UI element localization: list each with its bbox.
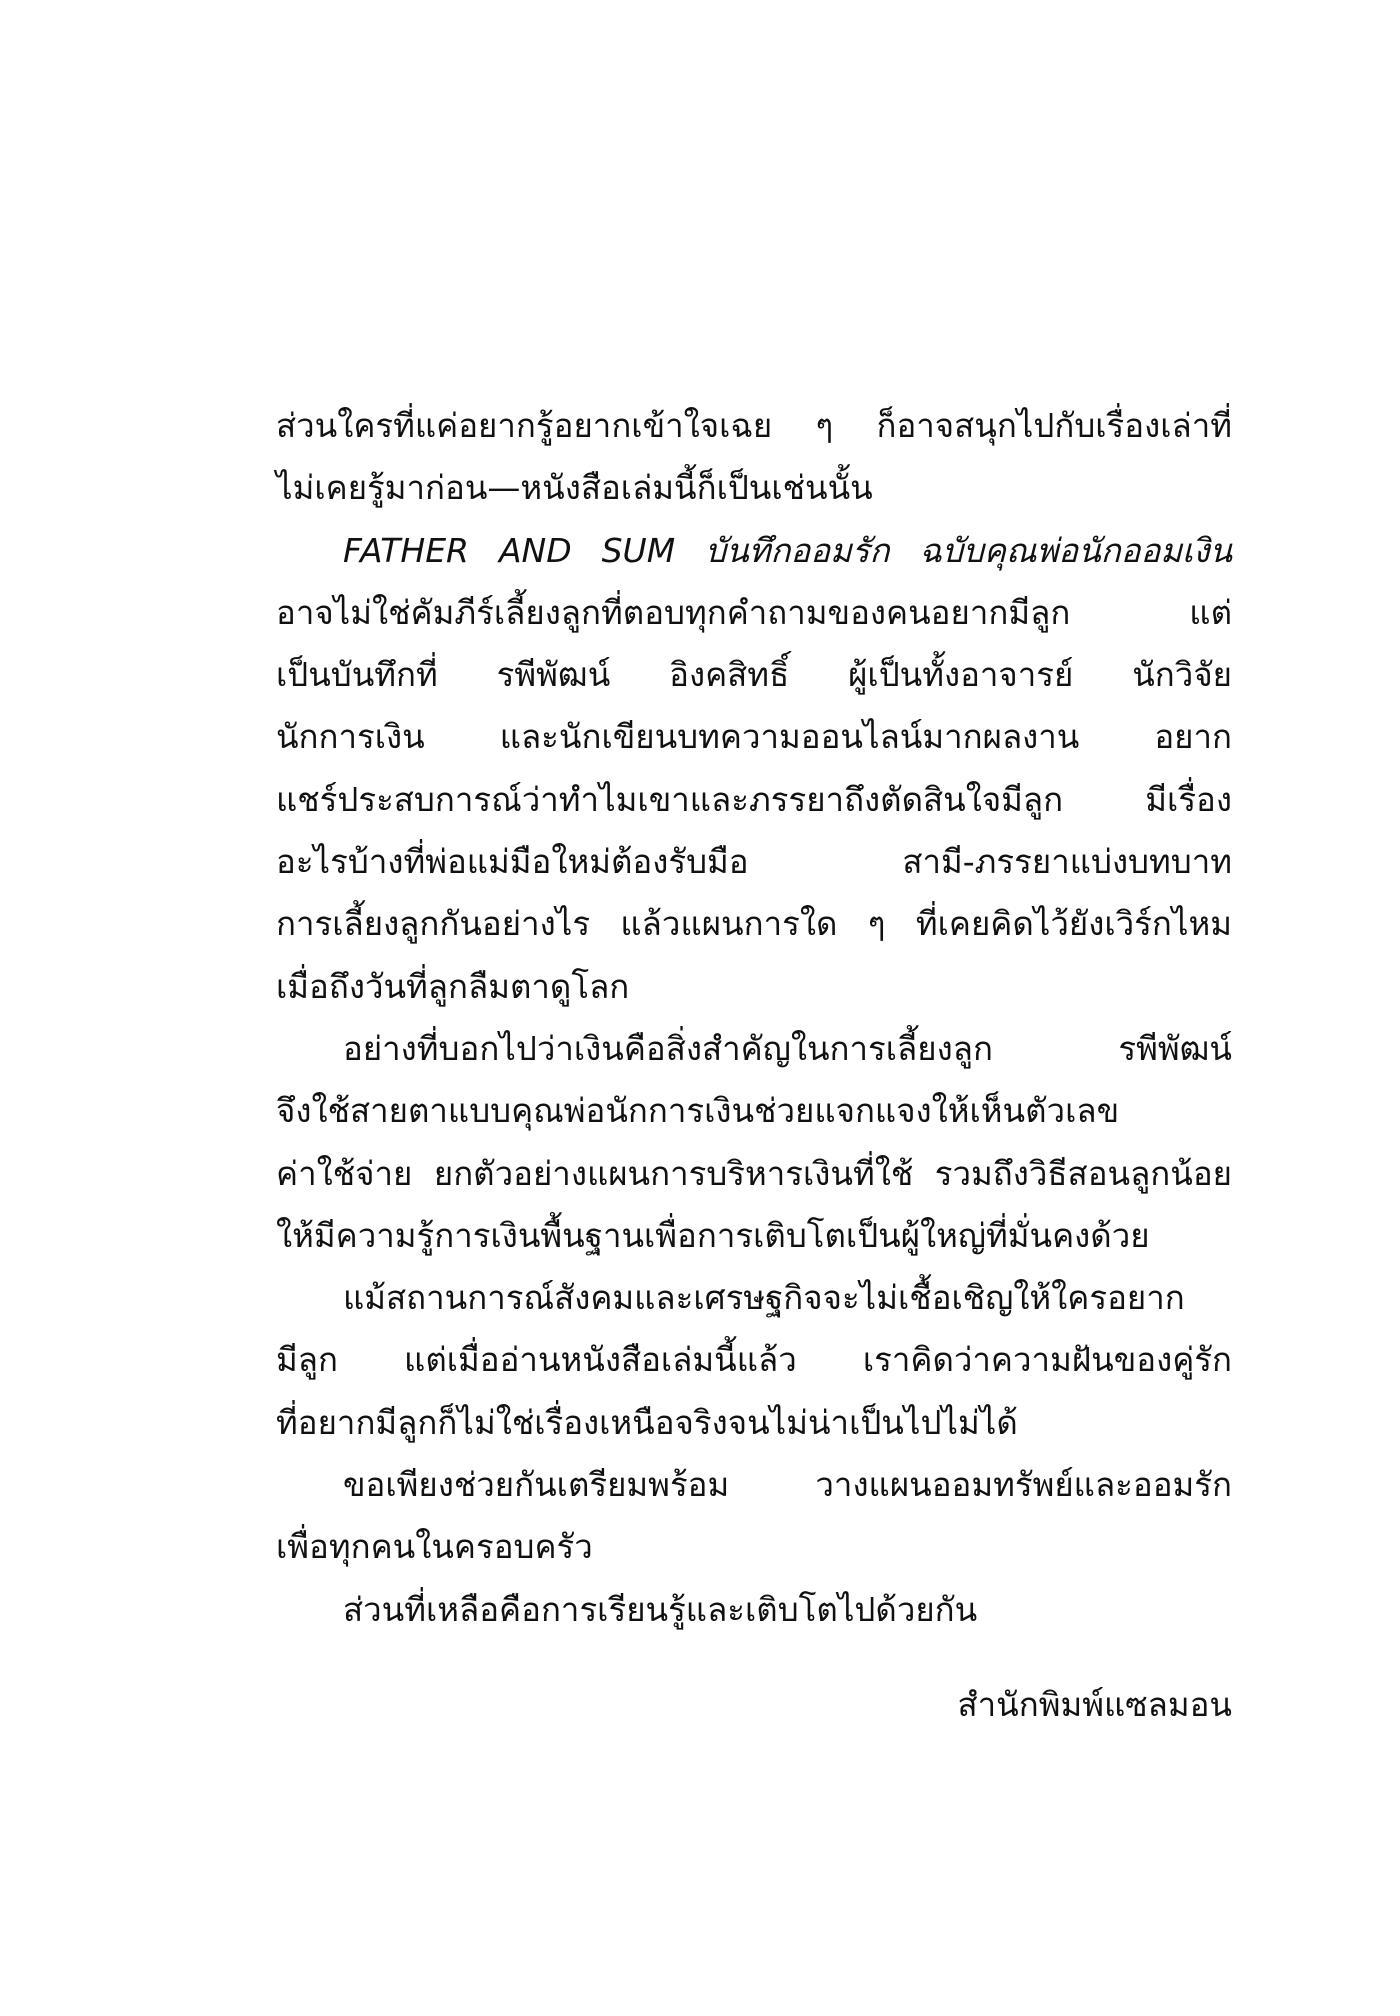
text-line: มีลูก แต่เมื่ออ่านหนังสือเล่มนี้แล้ว เรา… <box>276 1329 1232 1391</box>
text-line: อย่างที่บอกไปว่าเงินคือสิ่งสำคัญในการเลี… <box>276 1018 1232 1080</box>
text-line: จึงใช้สายตาแบบคุณพ่อนักการเงินช่วยแจกแจง… <box>276 1080 1232 1142</box>
text-line: ขอเพียงช่วยกันเตรียมพร้อม วางแผนออมทรัพย… <box>276 1454 1232 1516</box>
text-line: แชร์ประสบการณ์ว่าทำไมเขาและภรรยาถึงตัดสิ… <box>276 769 1232 831</box>
text-line: เมื่อถึงวันที่ลูกลืมตาดูโลก <box>276 956 1232 1018</box>
text-line: ให้มีความรู้การเงินพื้นฐานเพื่อการเติบโต… <box>276 1205 1232 1267</box>
text-line: เพื่อทุกคนในครอบครัว <box>276 1516 1232 1578</box>
text-line: แม้สถานการณ์สังคมและเศรษฐกิจจะไม่เชื้อเช… <box>276 1267 1232 1329</box>
text-line: อาจไม่ใช่คัมภีร์เลี้ยงลูกที่ตอบทุกคำถามข… <box>276 582 1232 644</box>
text-line: การเลี้ยงลูกกันอย่างไร แล้วแผนการใด ๆ ที… <box>276 893 1232 955</box>
book-title-line: FATHER AND SUM บันทึกออมรัก ฉบับคุณพ่อนั… <box>276 520 1232 582</box>
text-line: ค่าใช้จ่าย ยกตัวอย่างแผนการบริหารเงินที่… <box>276 1143 1232 1205</box>
text-line: ส่วนใครที่แค่อยากรู้อยากเข้าใจเฉย ๆ ก็อา… <box>276 395 1232 457</box>
body-text: ส่วนใครที่แค่อยากรู้อยากเข้าใจเฉย ๆ ก็อา… <box>276 395 1232 1641</box>
text-line: อะไรบ้างที่พ่อแม่มือใหม่ต้องรับมือ สามี-… <box>276 831 1232 893</box>
text-line: เป็นบันทึกที่ รพีพัฒน์ อิงคสิทธิ์ ผู้เป็… <box>276 644 1232 706</box>
publisher-signature: สำนักพิมพ์แซลมอน <box>958 1680 1233 1730</box>
book-page: ส่วนใครที่แค่อยากรู้อยากเข้าใจเฉย ๆ ก็อา… <box>0 0 1400 2016</box>
text-line: ส่วนที่เหลือคือการเรียนรู้และเติบโตไปด้ว… <box>276 1579 1232 1641</box>
text-line: ไม่เคยรู้มาก่อน—หนังสือเล่มนี้ก็เป็นเช่น… <box>276 457 1232 519</box>
text-line: นักการเงิน และนักเขียนบทความออนไลน์มากผล… <box>276 706 1232 768</box>
text-line: ที่อยากมีลูกก็ไม่ใช่เรื่องเหนือจริงจนไม่… <box>276 1392 1232 1454</box>
